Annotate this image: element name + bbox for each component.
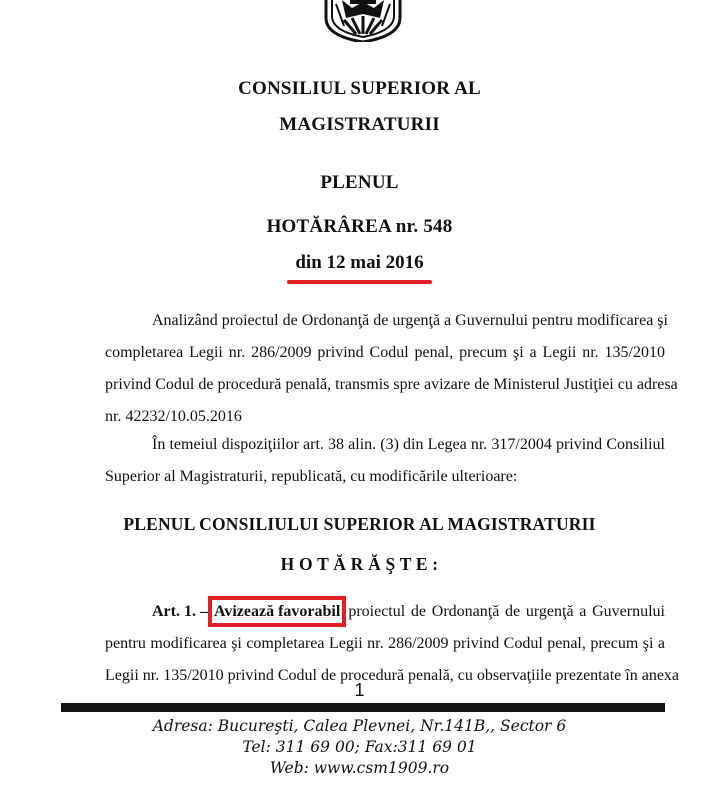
preamble-line: În temeiul dispoziţiilor art. 38 alin. (… [152, 429, 665, 461]
preamble-line: Superior al Magistraturii, republicată, … [105, 461, 517, 493]
preamble-line: privind Codul de procedură penală, trans… [105, 369, 665, 401]
institution-name-line2: MAGISTRATURII [0, 114, 719, 136]
footer-address: Adresa: Bucureşti, Calea Plevnei, Nr.141… [0, 717, 719, 735]
decision-date: din 12 mai 2016 [295, 252, 423, 274]
page-number: 1 [0, 680, 719, 701]
article-label: Art. 1. – [152, 596, 208, 628]
date-underline-highlight [287, 280, 431, 284]
decision-date-wrap: din 12 mai 2016 [0, 252, 719, 274]
institution-name-line1: CONSILIUL SUPERIOR AL [0, 78, 719, 100]
footer-phone-fax: Tel: 311 69 00; Fax:311 69 01 [0, 738, 719, 756]
preamble-line: Analizând proiectul de Ordonanţă de urge… [152, 305, 665, 337]
decision-title: HOTĂRÂREA nr. 548 [0, 216, 719, 238]
footer-web: Web: www.csm1909.ro [0, 759, 719, 777]
article-1-line-1: Art. 1. – Avizează favorabil proiectul d… [152, 596, 665, 628]
preamble-line: completarea Legii nr. 286/2009 privind C… [105, 337, 665, 369]
article-line: pentru modificarea şi completarea Legii … [105, 628, 665, 660]
decision-date-text: din 12 mai 2016 [295, 252, 423, 273]
highlighted-verdict: Avizează favorabil [208, 596, 346, 627]
preamble-line: nr. 42232/10.05.2016 [105, 401, 242, 433]
footer-divider [61, 703, 665, 712]
coat-of-arms-icon [322, 0, 404, 42]
resolution-heading: PLENUL CONSILIULUI SUPERIOR AL MAGISTRAT… [0, 514, 719, 535]
article-text: proiectul de Ordonanţă de urgenţă a Guve… [346, 596, 665, 628]
resolution-verb: H O T Ă R Ă Ş T E : [0, 554, 719, 575]
body-name: PLENUL [0, 172, 719, 194]
